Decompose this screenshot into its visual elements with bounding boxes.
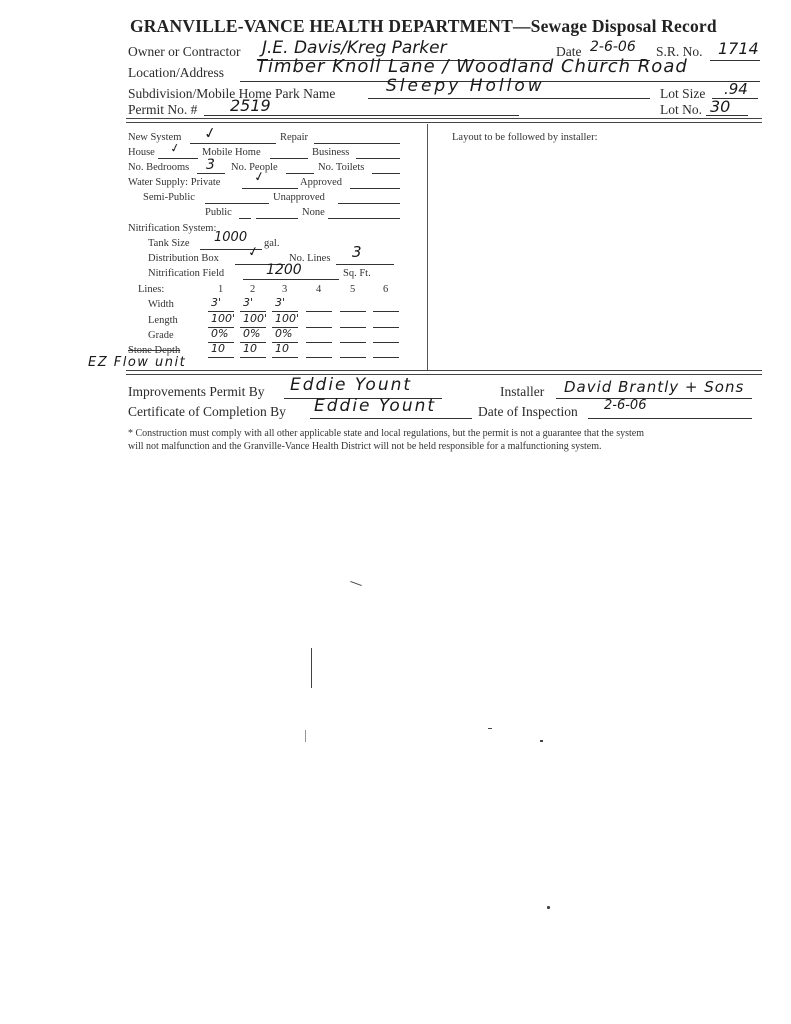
layout-label: Layout to be followed by installer:: [452, 132, 598, 143]
public-field[interactable]: [239, 218, 251, 219]
line-cell[interactable]: [306, 357, 332, 358]
nitrification-label: Nitrification System:: [128, 223, 216, 234]
scan-mark: [540, 740, 543, 742]
scan-mark: [488, 728, 492, 729]
line-cell-value: 10: [275, 342, 289, 355]
line-cell-value: 3': [211, 296, 221, 309]
line-cell[interactable]: [373, 342, 399, 343]
repair-field[interactable]: [314, 143, 400, 144]
public-label: Public: [205, 207, 232, 218]
approved-label: Approved: [300, 177, 342, 188]
people-field[interactable]: [286, 173, 314, 174]
inspection-underline: [588, 418, 752, 419]
line-cell[interactable]: [373, 327, 399, 328]
line-cell[interactable]: [373, 357, 399, 358]
disclaimer-line-1: * Construction must comply with all othe…: [128, 428, 644, 439]
line-number: 6: [383, 284, 388, 295]
no-lines-underline: [336, 264, 394, 265]
none-field[interactable]: [328, 218, 400, 219]
form-title: GRANVILLE-VANCE HEALTH DEPARTMENT—Sewage…: [130, 16, 717, 37]
business-field[interactable]: [356, 158, 400, 159]
line-cell[interactable]: [240, 357, 266, 358]
water-supply-label: Water Supply: Private: [128, 177, 220, 188]
mobile-home-field[interactable]: [270, 158, 308, 159]
line-row-label: Grade: [148, 330, 174, 341]
house-label: House: [128, 147, 155, 158]
installer-label: Installer: [500, 384, 544, 400]
line-cell-value: 100': [243, 312, 267, 325]
line-cell-value: 100': [211, 312, 235, 325]
certificate-label: Certificate of Completion By: [128, 404, 286, 420]
date-field[interactable]: 2-6-06: [590, 39, 636, 55]
unapproved-label: Unapproved: [273, 192, 325, 203]
toilets-field[interactable]: [372, 173, 400, 174]
field-label: Nitrification Field: [148, 268, 224, 279]
line-number: 4: [316, 284, 321, 295]
installer-field[interactable]: David Brantly + Sons: [564, 378, 744, 396]
sr-underline: [710, 60, 760, 61]
handwritten-note: EZ Flow unit: [88, 355, 186, 370]
scan-mark: [547, 906, 550, 909]
house-field[interactable]: [158, 158, 198, 159]
tank-size-field[interactable]: 1000: [214, 230, 247, 245]
line-row-label: Width: [148, 299, 174, 310]
line-cell[interactable]: [340, 327, 366, 328]
column-divider: [427, 124, 428, 370]
distribution-box-check-icon: ✓: [247, 244, 261, 261]
line-row-label: Length: [148, 315, 178, 326]
line-cell-value: 3': [243, 296, 253, 309]
field-field[interactable]: 1200: [266, 262, 302, 278]
line-cell-value: 0%: [275, 327, 292, 340]
lot-no-field[interactable]: 30: [710, 97, 730, 116]
field-underline: [243, 279, 339, 280]
tank-size-label: Tank Size: [148, 238, 190, 249]
bedrooms-field[interactable]: 3: [206, 157, 215, 173]
improvements-label: Improvements Permit By: [128, 384, 264, 400]
lines-label: Lines:: [138, 284, 164, 295]
line-cell[interactable]: [272, 357, 298, 358]
scan-mark: [311, 648, 312, 688]
line-cell[interactable]: [306, 327, 332, 328]
header-divider: [126, 118, 762, 123]
water-private-field[interactable]: [242, 188, 298, 189]
scan-mark: [305, 730, 306, 742]
location-field[interactable]: Timber Knoll Lane / Woodland Church Road: [256, 56, 688, 77]
distribution-box-label: Distribution Box: [148, 253, 219, 264]
business-label: Business: [312, 147, 349, 158]
approved-field[interactable]: [350, 188, 400, 189]
permit-underline: [204, 115, 519, 116]
lot-size-field[interactable]: .94: [724, 80, 748, 98]
subdivision-underline: [368, 98, 650, 99]
owner-label: Owner or Contractor: [128, 44, 240, 60]
line-number: 1: [218, 284, 223, 295]
sr-field[interactable]: 1714: [718, 39, 759, 58]
location-label: Location/Address: [128, 65, 224, 81]
owner-field[interactable]: J.E. Davis/Kreg Parker: [262, 38, 447, 58]
scan-mark: [350, 581, 362, 586]
new-system-check-icon: ✓: [202, 123, 218, 143]
line-cell-value: 0%: [211, 327, 228, 340]
permit-label: Permit No. #: [128, 102, 197, 118]
line-cell[interactable]: [373, 311, 399, 312]
line-cell-value: 10: [211, 342, 225, 355]
inspection-field[interactable]: 2-6-06: [604, 398, 646, 413]
line-cell[interactable]: [306, 311, 332, 312]
new-system-field[interactable]: [190, 143, 276, 144]
subdivision-field[interactable]: Sleepy Hollow: [386, 76, 545, 96]
no-lines-field[interactable]: 3: [352, 243, 362, 261]
lot-size-label: Lot Size: [660, 86, 705, 102]
public-field-extra: [256, 218, 298, 219]
line-cell[interactable]: [340, 311, 366, 312]
inspection-label: Date of Inspection: [478, 404, 578, 420]
unapproved-field[interactable]: [338, 203, 400, 204]
toilets-label: No. Toilets: [318, 162, 364, 173]
certificate-field[interactable]: Eddie Yount: [314, 396, 436, 416]
line-number: 2: [250, 284, 255, 295]
semi-public-label: Semi-Public: [143, 192, 195, 203]
installer-underline: [556, 398, 752, 399]
repair-label: Repair: [280, 132, 308, 143]
line-cell-value: 3': [275, 296, 285, 309]
bedrooms-underline: [197, 173, 225, 174]
disclaimer-line-2: will not malfunction and the Granville-V…: [128, 441, 602, 452]
line-cell[interactable]: [306, 342, 332, 343]
permit-field[interactable]: 2519: [230, 96, 271, 115]
layout-drawing-area[interactable]: [432, 150, 758, 366]
improvements-field[interactable]: Eddie Yount: [290, 375, 412, 395]
section-divider: [126, 370, 762, 375]
line-number: 3: [282, 284, 287, 295]
line-cell[interactable]: [208, 357, 234, 358]
line-cell-value: 0%: [243, 327, 260, 340]
line-number: 5: [350, 284, 355, 295]
line-cell-value: 100': [275, 312, 299, 325]
line-cell-value: 10: [243, 342, 257, 355]
sqft-label: Sq. Ft.: [343, 268, 371, 279]
line-cell[interactable]: [340, 357, 366, 358]
none-label: None: [302, 207, 325, 218]
certificate-underline: [310, 418, 472, 419]
lot-no-label: Lot No.: [660, 102, 702, 118]
semi-public-field[interactable]: [205, 203, 269, 204]
line-cell[interactable]: [340, 342, 366, 343]
bedrooms-label: No. Bedrooms: [128, 162, 189, 173]
gal-label: gal.: [264, 238, 279, 249]
